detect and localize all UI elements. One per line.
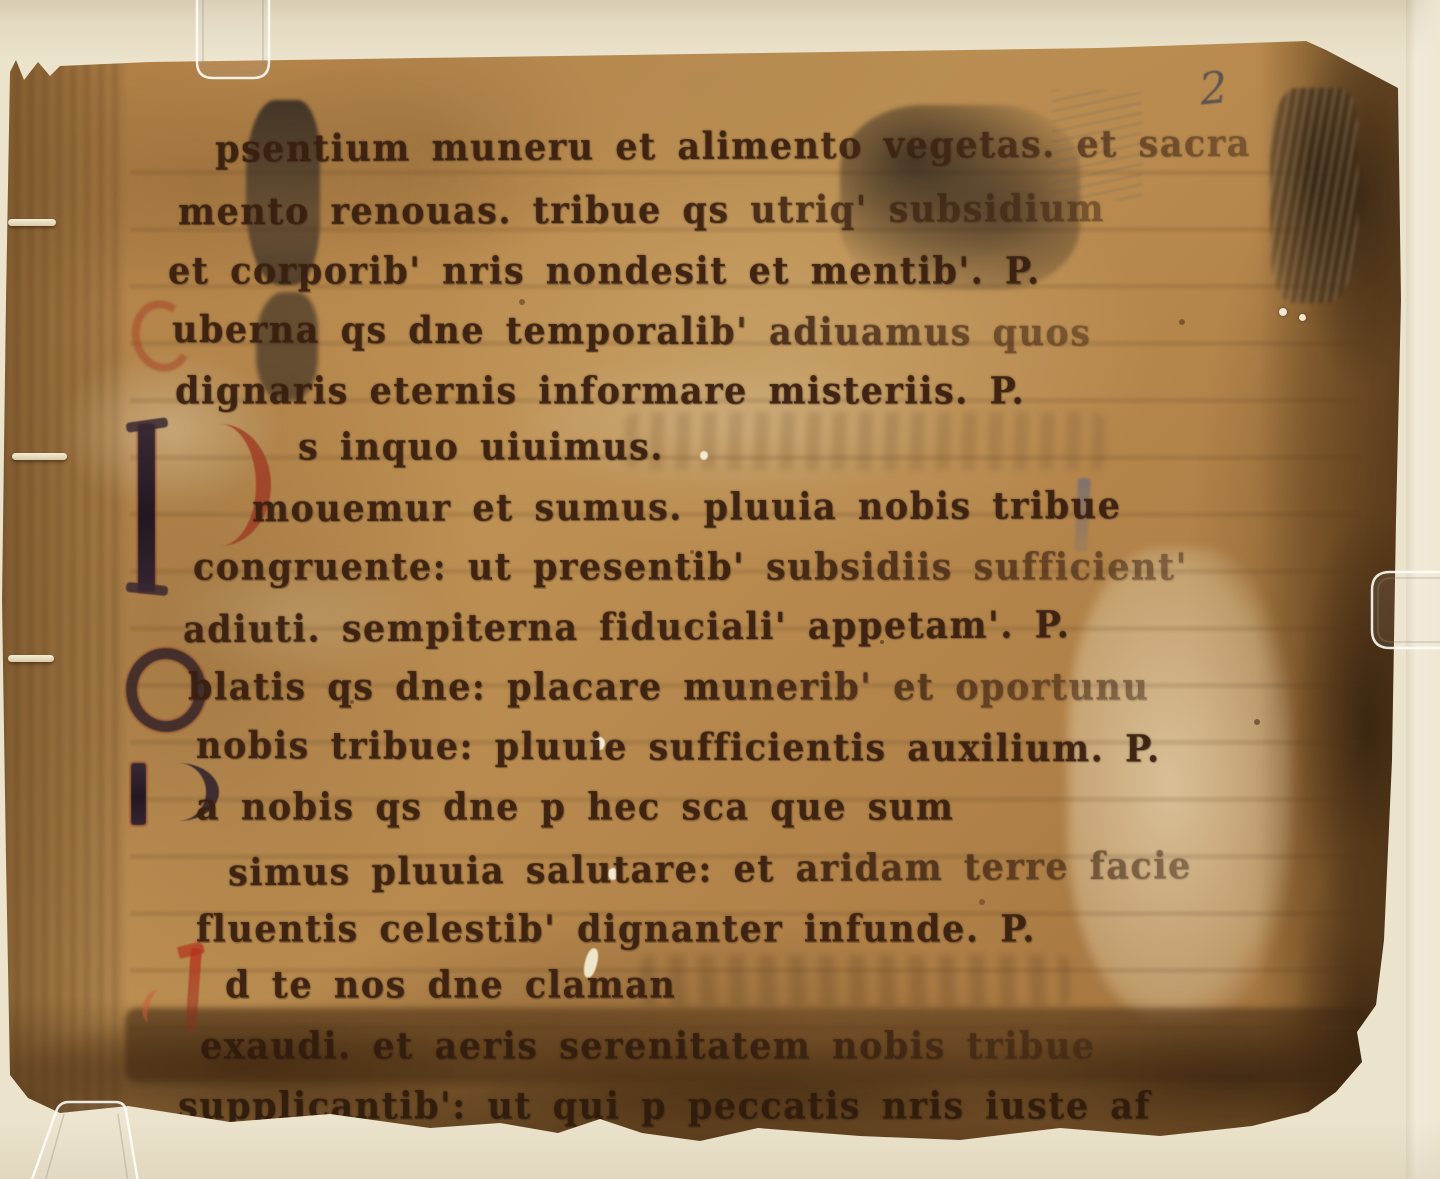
text-line: congruente: ut presentib' subsidiis suff… xyxy=(193,546,1188,589)
text-line: adiuti. sempiterna fiduciali' appetam'. … xyxy=(183,603,1071,651)
parchment-leaf: 2 psentium muneru et alimento vegetas. e… xyxy=(0,0,1440,1179)
text-line: exaudi. et aeris serenitatem nobis tribu… xyxy=(200,1025,1096,1068)
text-line: a nobis qs dne p hec sca que sum xyxy=(196,786,954,829)
text-line: d te nos dne claman xyxy=(225,964,676,1007)
binding-stitch xyxy=(8,219,56,226)
text-line: dignaris eternis informare misteriis. P. xyxy=(175,370,1025,413)
initial-D-stem xyxy=(138,424,155,592)
initial-D2-stem xyxy=(131,763,146,825)
text-line: psentium muneru et alimento vegetas. et … xyxy=(215,122,1251,171)
binding-stitch xyxy=(12,453,67,460)
text-line: blatis qs dne: placare munerib' et oport… xyxy=(188,666,1149,709)
photo-of-manuscript-leaf: { "photo": { "description": "Photograph … xyxy=(0,0,1440,1179)
binding-stitch xyxy=(8,655,54,662)
backdrop-right-edge xyxy=(1406,0,1440,1179)
text-line: nobis tribue: pluuie sufficientis auxili… xyxy=(196,724,1161,771)
erased-text-traces xyxy=(640,955,1070,1007)
worm-hole xyxy=(1299,314,1306,321)
worm-hole xyxy=(1279,308,1287,316)
binding-fold-band xyxy=(0,50,125,1140)
text-line: et corporib' nris nondesit et mentib'. P… xyxy=(168,250,1041,293)
text-line: uberna qs dne temporalib' adiuamus quos xyxy=(172,308,1092,355)
folio-number: 2 xyxy=(1197,59,1263,125)
text-line: mento renouas. tribue qs utriq' subsidiu… xyxy=(178,187,1105,234)
erased-text-traces xyxy=(625,412,1105,470)
text-line: simus pluuia salutare: et aridam terre f… xyxy=(228,844,1192,895)
text-line: s inquo uiuimus. xyxy=(298,426,664,469)
text-line: mouemur et sumus. pluuia nobis tribue xyxy=(252,484,1122,531)
text-line: fluentis celestib' dignanter infunde. P. xyxy=(196,908,1036,951)
white-fleck xyxy=(700,451,708,460)
